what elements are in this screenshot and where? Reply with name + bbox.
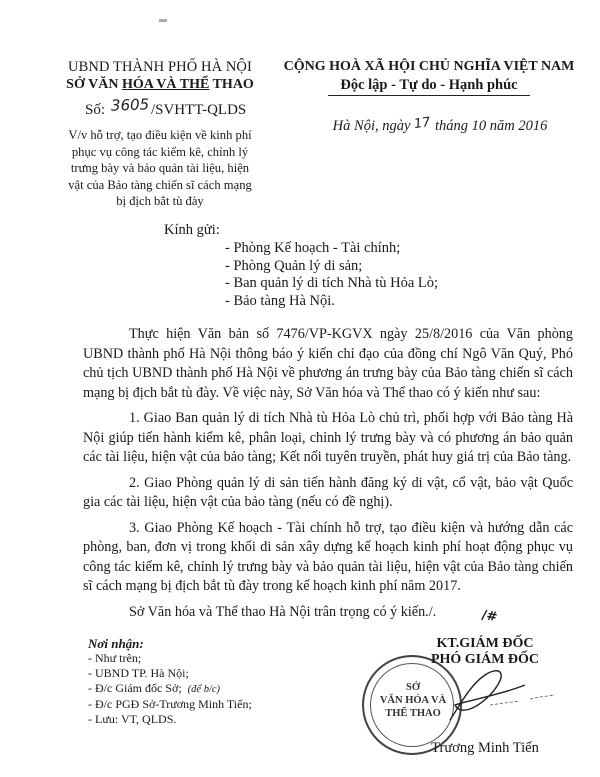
department-name: SỞ VĂN HÓA VÀ THỂ THAO: [60, 76, 260, 94]
recipient-item: - Phòng Quản lý di sản;: [225, 258, 438, 276]
document-number: Số: 3605/SVHTT-QLDS: [85, 100, 246, 119]
recipients-label: Kính gửi:: [164, 222, 220, 239]
body-paragraph: 2. Giao Phòng quản lý di sản tiến hành đ…: [83, 474, 573, 513]
issuing-authority-block: UBND THÀNH PHỐ HÀ NỘI SỞ VĂN HÓA VÀ THỂ …: [60, 58, 260, 94]
distribution-item-text: - Đ/c Giám đốc Sở;: [88, 681, 182, 695]
document-date: Hà Nội, ngày17tháng 10 năm 2016: [290, 118, 590, 135]
initial-mark: /#: [435, 597, 499, 627]
distribution-item: - UBND TP. Hà Nội;: [88, 666, 252, 681]
body-paragraph: Thực hiện Văn bản số 7476/VP-KGVX ngày 2…: [83, 325, 573, 403]
national-title: CỘNG HOÀ XÃ HỘI CHỦ NGHĨA VIỆT NAM: [268, 58, 590, 76]
distribution-item: - Đ/c Giám đốc Sở;(để b/c): [88, 681, 252, 697]
number-suffix: /SVHTT-QLDS: [151, 102, 246, 118]
signer-name: Trương Minh Tiến: [400, 740, 570, 757]
date-suffix: tháng 10 năm 2016: [435, 118, 547, 134]
distribution-item: - Đ/c PGĐ Sở-Trương Minh Tiến;: [88, 697, 252, 712]
recipients-list: - Phòng Kế hoạch - Tài chính; - Phòng Qu…: [225, 240, 438, 310]
signer-title-secondary: PHÓ GIÁM ĐỐC: [400, 652, 570, 668]
recipient-item: - Ban quản lý di tích Nhà tù Hỏa Lò;: [225, 275, 438, 293]
closing-paragraph: Sở Văn hóa và Thể thao Hà Nội trân trọng…: [83, 603, 573, 623]
department-underlined: HÓA VÀ THỂ: [122, 77, 209, 92]
distribution-title: Nơi nhận:: [88, 636, 252, 651]
authority-name: UBND THÀNH PHỐ HÀ NỘI: [60, 58, 260, 76]
distribution-note: (để b/c): [188, 684, 220, 695]
recipient-item: - Bảo tàng Hà Nội.: [225, 293, 438, 311]
number-label: Số:: [85, 102, 105, 118]
signer-title-primary: KT.GIÁM ĐỐC: [400, 636, 570, 652]
distribution-list: Nơi nhận: - Như trên; - UBND TP. Hà Nội;…: [88, 636, 252, 727]
body-paragraph: 3. Giao Phòng Kế hoạch - Tài chính hỗ tr…: [83, 519, 573, 597]
date-prefix: Hà Nội, ngày: [333, 118, 411, 134]
handwritten-number: 3605: [110, 95, 149, 114]
signature-block: KT.GIÁM ĐỐC PHÓ GIÁM ĐỐC Trương Minh Tiế…: [400, 636, 570, 757]
national-header: CỘNG HOÀ XÃ HỘI CHỦ NGHĨA VIỆT NAM Độc l…: [268, 58, 590, 96]
department-suffix: THAO: [209, 77, 253, 92]
distribution-item: - Lưu: VT, QLDS.: [88, 712, 252, 727]
subject-line: V/v hỗ trợ, tạo điều kiện về kinh phí ph…: [66, 127, 254, 210]
department-prefix: SỞ VĂN: [66, 77, 122, 92]
handwritten-day: 17: [413, 115, 431, 132]
scan-artifact: [159, 19, 167, 22]
body-paragraph: 1. Giao Ban quản lý di tích Nhà tù Hỏa L…: [83, 409, 573, 468]
distribution-item: - Như trên;: [88, 651, 252, 666]
document-body: Thực hiện Văn bản số 7476/VP-KGVX ngày 2…: [83, 325, 573, 628]
recipient-item: - Phòng Kế hoạch - Tài chính;: [225, 240, 438, 258]
national-motto: Độc lập - Tự do - Hạnh phúc: [328, 76, 529, 96]
closing-text: Sở Văn hóa và Thể thao Hà Nội trân trọng…: [129, 604, 436, 620]
